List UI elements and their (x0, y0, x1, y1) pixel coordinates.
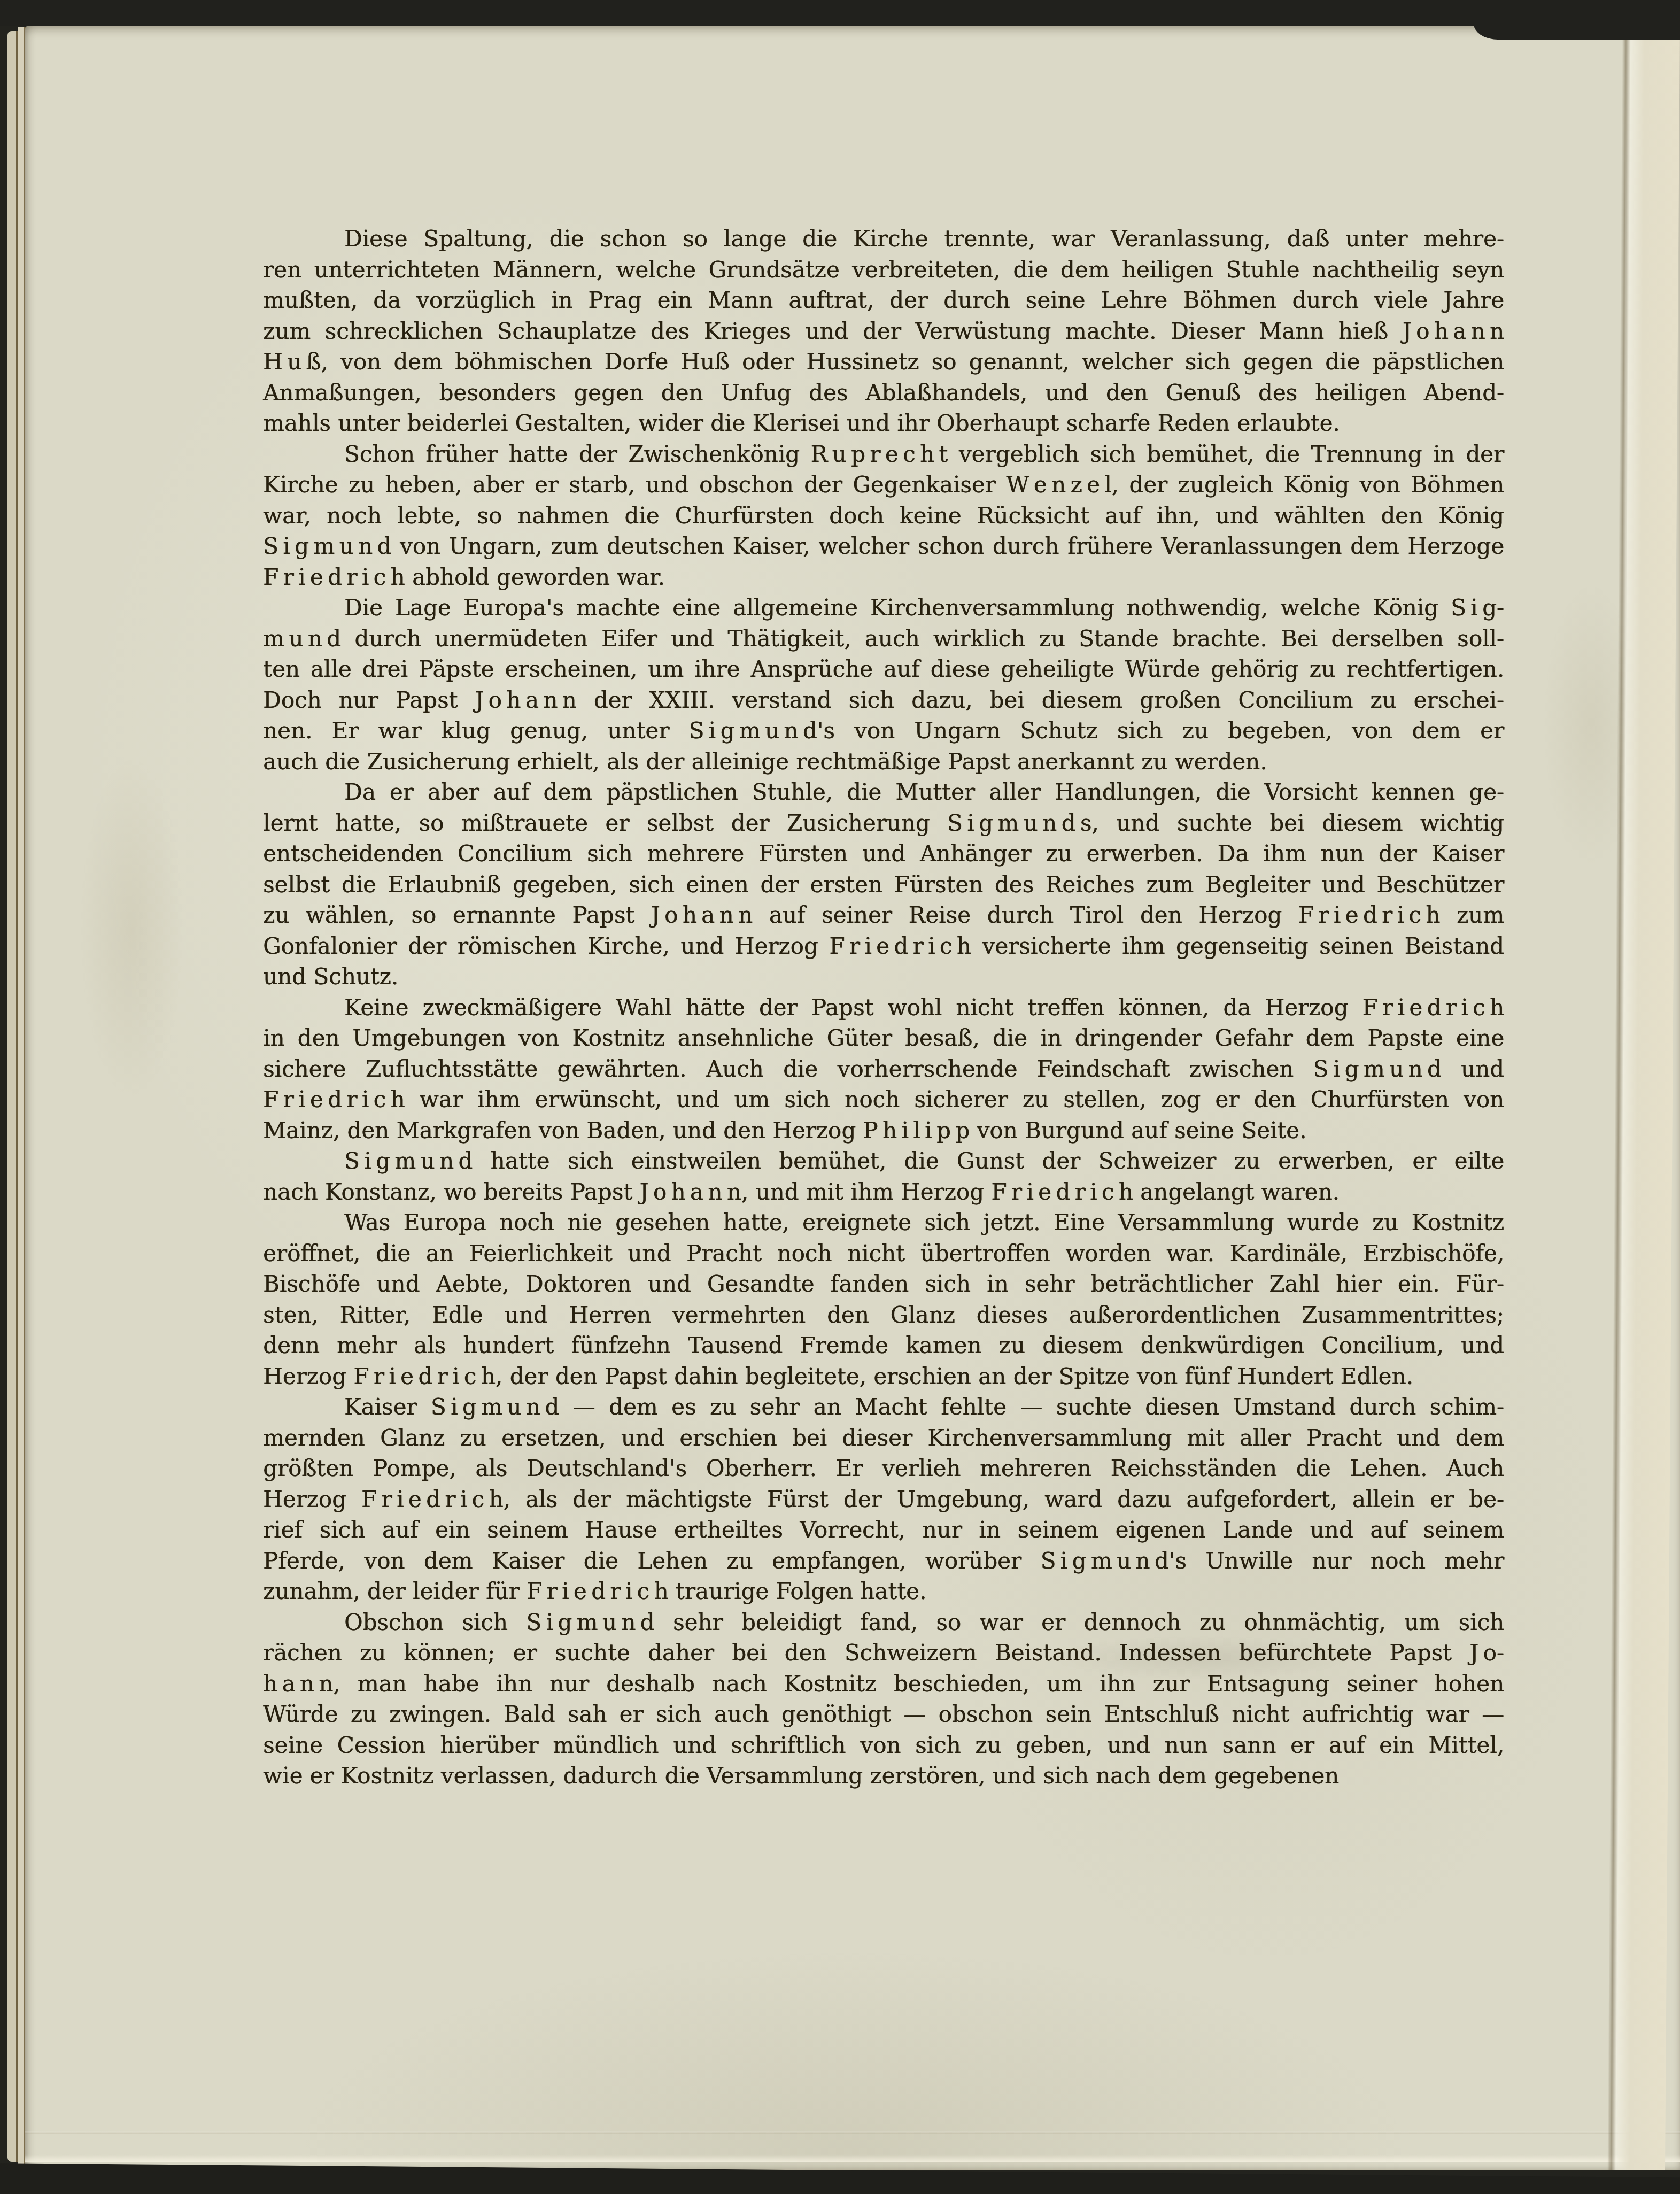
text-line: lernt hatte, so mißtrauete er selbst der… (263, 808, 1504, 839)
text-line: ren unterrichteten Männern, welche Grund… (263, 254, 1504, 285)
text-line: Keine zweckmäßigere Wahl hätte der Papst… (263, 992, 1504, 1023)
text-line: Würde zu zwingen. Bald sah er sich auch … (263, 1699, 1504, 1730)
text-line: rächen zu können; er suchte daher bei de… (263, 1637, 1504, 1668)
paragraph: Keine zweckmäßigere Wahl hätte der Papst… (263, 992, 1504, 1146)
text-line: Mainz, den Markgrafen von Baden, und den… (263, 1115, 1504, 1146)
paragraph: Was Europa noch nie gesehen hatte, ereig… (263, 1207, 1504, 1392)
text-line: Herzog F r i e d r i c h, als der mächti… (263, 1484, 1504, 1515)
scan-background-top (0, 0, 1680, 26)
text-line: auch die Zusicherung erhielt, als der al… (263, 746, 1504, 777)
under-page-edge (18, 27, 26, 2164)
text-line: Kirche zu heben, aber er starb, und obsc… (263, 469, 1504, 500)
text-line: H u ß, von dem böhmischen Dorfe Huß oder… (263, 346, 1504, 377)
text-line: denn mehr als hundert fünfzehn Tausend F… (263, 1330, 1504, 1361)
text-line: war, noch lebte, so nahmen die Churfürst… (263, 500, 1504, 531)
text-line: Bischöfe und Aebte, Doktoren und Gesandt… (263, 1269, 1504, 1300)
book-scan: Diese Spaltung, die schon so lange die K… (0, 0, 1680, 2194)
paragraph: S i g m u n d hatte sich einstweilen bem… (263, 1146, 1504, 1207)
text-line: rief sich auf ein seinem Hause ertheilte… (263, 1515, 1504, 1546)
text-line: S i g m u n d von Ungarn, zum deutschen … (263, 531, 1504, 562)
paragraph: Da er aber auf dem päpstlichen Stuhle, d… (263, 777, 1504, 992)
text-line: Obschon sich S i g m u n d sehr beleidig… (263, 1607, 1504, 1638)
scan-background-top-notch (1473, 0, 1680, 40)
text-line: Kaiser S i g m u n d — dem es zu sehr an… (263, 1392, 1504, 1423)
text-line: zum schrecklichen Schauplatze des Kriege… (263, 316, 1504, 347)
paper-stain (57, 682, 207, 1174)
text-line: eröffnet, die an Feierlichkeit und Prach… (263, 1238, 1504, 1269)
paper-crease (25, 2131, 1680, 2134)
page-bottom-edge (25, 2154, 1680, 2162)
page-text: Diese Spaltung, die schon so lange die K… (263, 223, 1504, 1791)
paragraph: Schon früher hatte der Zwischenkönig R u… (263, 439, 1504, 593)
text-line: F r i e d r i c h abhold geworden war. (263, 562, 1504, 593)
paragraph: Die Lage Europa's machte eine allgemeine… (263, 592, 1504, 777)
text-line: nen. Er war klug genug, unter S i g m u … (263, 715, 1504, 746)
text-line: Doch nur Papst J o h a n n der XXIII. ve… (263, 685, 1504, 716)
text-line: wie er Kostnitz verlassen, dadurch die V… (263, 1760, 1504, 1791)
text-line: Schon früher hatte der Zwischenkönig R u… (263, 439, 1504, 470)
text-line: zu wählen, so ernannte Papst J o h a n n… (263, 900, 1504, 931)
text-line: Diese Spaltung, die schon so lange die K… (263, 223, 1504, 254)
text-line: mahls unter beiderlei Gestalten, wider d… (263, 408, 1504, 439)
paragraph: Diese Spaltung, die schon so lange die K… (263, 223, 1504, 439)
text-line: Pferde, von dem Kaiser die Lehen zu empf… (263, 1546, 1504, 1577)
text-line: nach Konstanz, wo bereits Papst J o h a … (263, 1177, 1504, 1208)
paragraph: Obschon sich S i g m u n d sehr beleidig… (263, 1607, 1504, 1791)
text-line: Herzog F r i e d r i c h, der den Papst … (263, 1361, 1504, 1392)
text-line: h a n n, man habe ihn nur deshalb nach K… (263, 1668, 1504, 1699)
text-line: mernden Glanz zu ersetzen, und erschien … (263, 1423, 1504, 1454)
text-line: m u n d durch unermüdeten Eifer und Thät… (263, 623, 1504, 654)
text-line: sichere Zufluchtsstätte gewährten. Auch … (263, 1054, 1504, 1085)
text-line: größten Pompe, als Deutschland's Oberher… (263, 1453, 1504, 1484)
text-line: sten, Ritter, Edle und Herren vermehrten… (263, 1300, 1504, 1331)
text-line: Die Lage Europa's machte eine allgemeine… (263, 592, 1504, 623)
text-line: Da er aber auf dem päpstlichen Stuhle, d… (263, 777, 1504, 808)
text-line: Gonfalonier der römischen Kirche, und He… (263, 931, 1504, 962)
under-page-edge (7, 31, 18, 2162)
text-line: seine Cession hierüber mündlich und schr… (263, 1730, 1504, 1761)
page-fold (1607, 25, 1680, 2170)
text-line: Anmaßungen, besonders gegen den Unfug de… (263, 377, 1504, 408)
paragraph: Kaiser S i g m u n d — dem es zu sehr an… (263, 1392, 1504, 1607)
text-line: und Schutz. (263, 961, 1504, 992)
book-page: Diese Spaltung, die schon so lange die K… (25, 25, 1680, 2170)
text-line: in den Umgebungen von Kostnitz ansehnlic… (263, 1023, 1504, 1054)
text-line: selbst die Erlaubniß gegeben, sich einen… (263, 869, 1504, 900)
text-line: F r i e d r i c h war ihm erwünscht, und… (263, 1084, 1504, 1115)
text-line: Was Europa noch nie gesehen hatte, ereig… (263, 1207, 1504, 1238)
text-line: ten alle drei Päpste erscheinen, um ihre… (263, 654, 1504, 685)
text-line: entscheidenden Concilium sich mehrere Fü… (263, 838, 1504, 869)
text-line: S i g m u n d hatte sich einstweilen bem… (263, 1146, 1504, 1177)
text-line: zunahm, der leider für F r i e d r i c h… (263, 1576, 1504, 1607)
text-line: mußten, da vorzüglich in Prag ein Mann a… (263, 285, 1504, 316)
